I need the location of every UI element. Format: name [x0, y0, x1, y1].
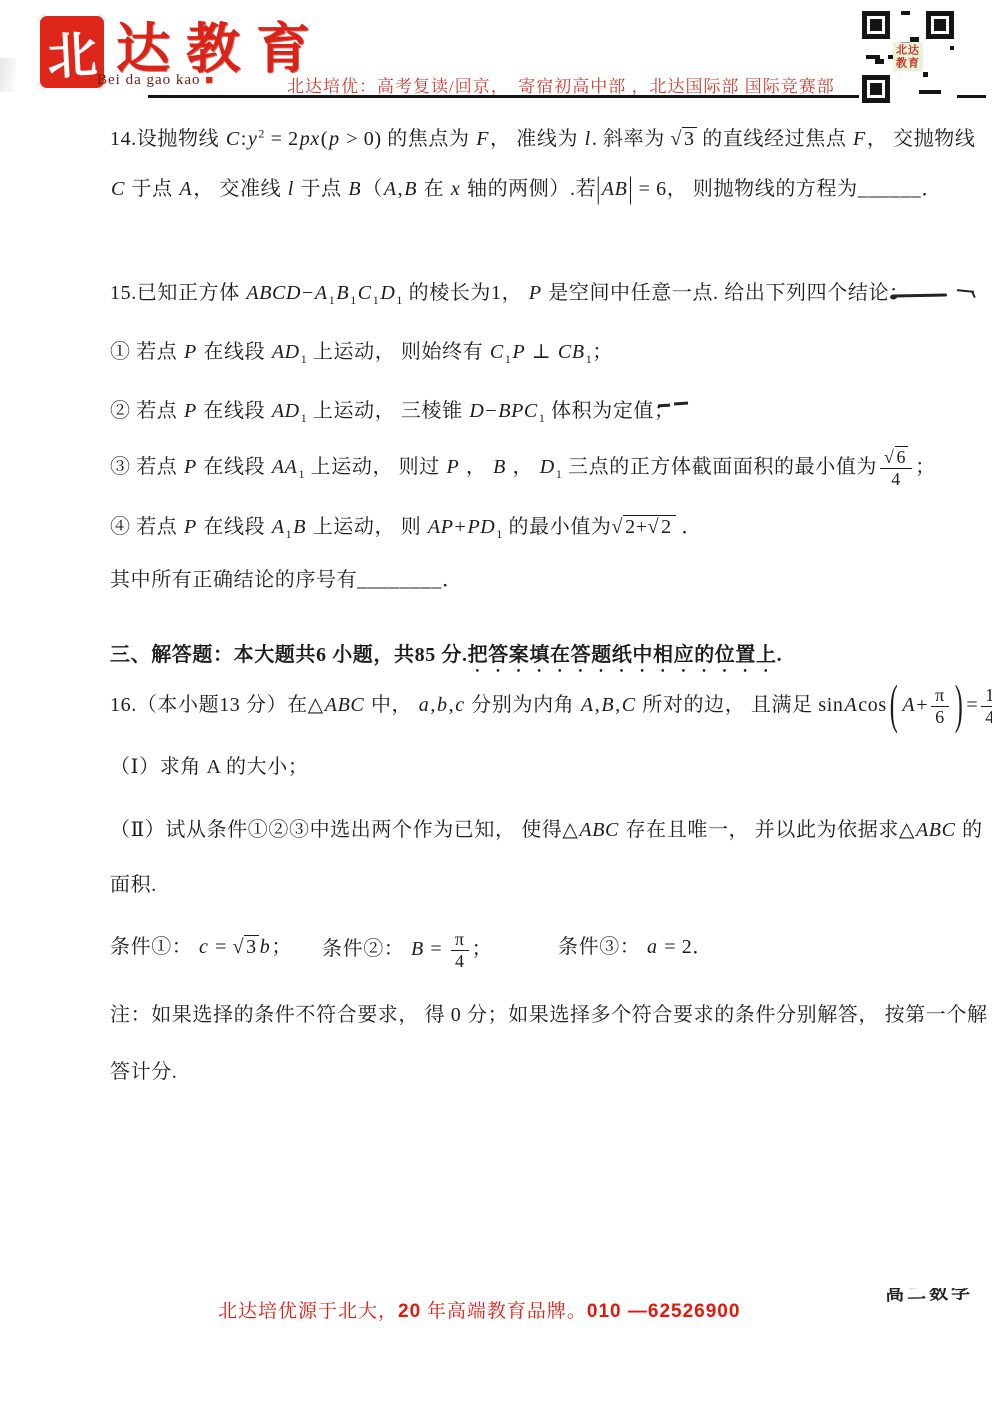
page-corner-label: 高二数学	[885, 1288, 985, 1304]
problem-16-part-2: （Ⅱ）试从条件①②③中选出两个作为已知， 使得△ABC 存在且唯一， 并以此为依…	[110, 813, 983, 842]
dash-mark-artifact	[674, 402, 688, 405]
problem-15-item-3: ③ 若点 P 在线段 AA1 上运动， 则过 P ， B ， D1 三点的正方体…	[110, 448, 936, 489]
qr-finder-icon	[862, 75, 890, 103]
problem-15-item-4: ④ 若点 P 在线段 A1B 上运动， 则 AP+PD1 的最小值为√2+√2 …	[110, 510, 702, 539]
section-3-header: 三、解答题：本大题共6 小题，共85 分.把答案填在答题纸中相应的位置上.	[110, 638, 782, 677]
qr-finder-icon	[862, 11, 890, 39]
scan-streak-artifact	[0, 58, 16, 92]
red-square-icon: ■	[205, 72, 214, 87]
problem-14-line-1: 14.设抛物线 C:y2 = 2px(p > 0) 的焦点为 F， 准线为 l.…	[110, 122, 975, 151]
qr-code: 北达教育	[859, 8, 957, 106]
brand-seal-logo: 北	[38, 14, 106, 90]
note-line-2: 答计分.	[110, 1055, 177, 1084]
problem-15-intro: 15.已知正方体 ABCD−A1B1C1D1 的棱长为1， P 是空间中任意一点…	[110, 276, 910, 305]
condition-2: 条件②： B = π4；	[322, 930, 492, 971]
note-line-1: 注：如果选择的条件不符合要求， 得 0 分；如果选择多个符合要求的条件分别解答，…	[110, 998, 988, 1027]
problem-15-item-2: ② 若点 P 在线段 AD1 上运动， 三棱锥 D−BPC1 体积为定值；	[110, 394, 675, 423]
footer-phone: 010 —62526900	[587, 1301, 741, 1322]
problem-16-part-1: （Ⅰ）求角 A 的大小；	[110, 750, 308, 779]
qr-finder-icon	[926, 11, 954, 39]
pen-mark-artifact	[957, 289, 974, 293]
pen-mark-artifact	[893, 294, 947, 297]
footer-contact: 北达培优源于北大，20 年高端教育品牌。010 —62526900	[218, 1296, 740, 1323]
condition-1: 条件①： c = √3b；	[110, 930, 292, 959]
problem-15-closing: 其中所有正确结论的序号有________．	[110, 563, 463, 592]
brand-pinyin: Bei da gao kao ■	[97, 72, 214, 89]
header-tagline: 北达培优：高考复读/回京， 寄宿初高中部 ，北达国际部 国际竞赛部	[287, 72, 835, 97]
exam-page: 北 达教育 Bei da gao kao ■ 北达培优：高考复读/回京， 寄宿初…	[0, 0, 992, 1403]
seal-character: 北	[45, 15, 99, 90]
problem-14-line-2: C 于点 A， 交准线 l 于点 B（A,B 在 x 轴的两侧）.若|AB| =…	[110, 172, 942, 201]
problem-15-item-1: ① 若点 P 在线段 AD1 上运动， 则始终有 C1P ⊥ CB1；	[110, 335, 613, 364]
problem-16-intro: 16.（本小题13 分）在△ABC 中， a,b,c 分别为内角 A,B,C 所…	[110, 686, 992, 727]
condition-3: 条件③： a = 2．	[558, 930, 713, 959]
problem-16-part-2-cont: 面积.	[110, 868, 157, 897]
qr-center-label: 北达教育	[893, 42, 923, 71]
